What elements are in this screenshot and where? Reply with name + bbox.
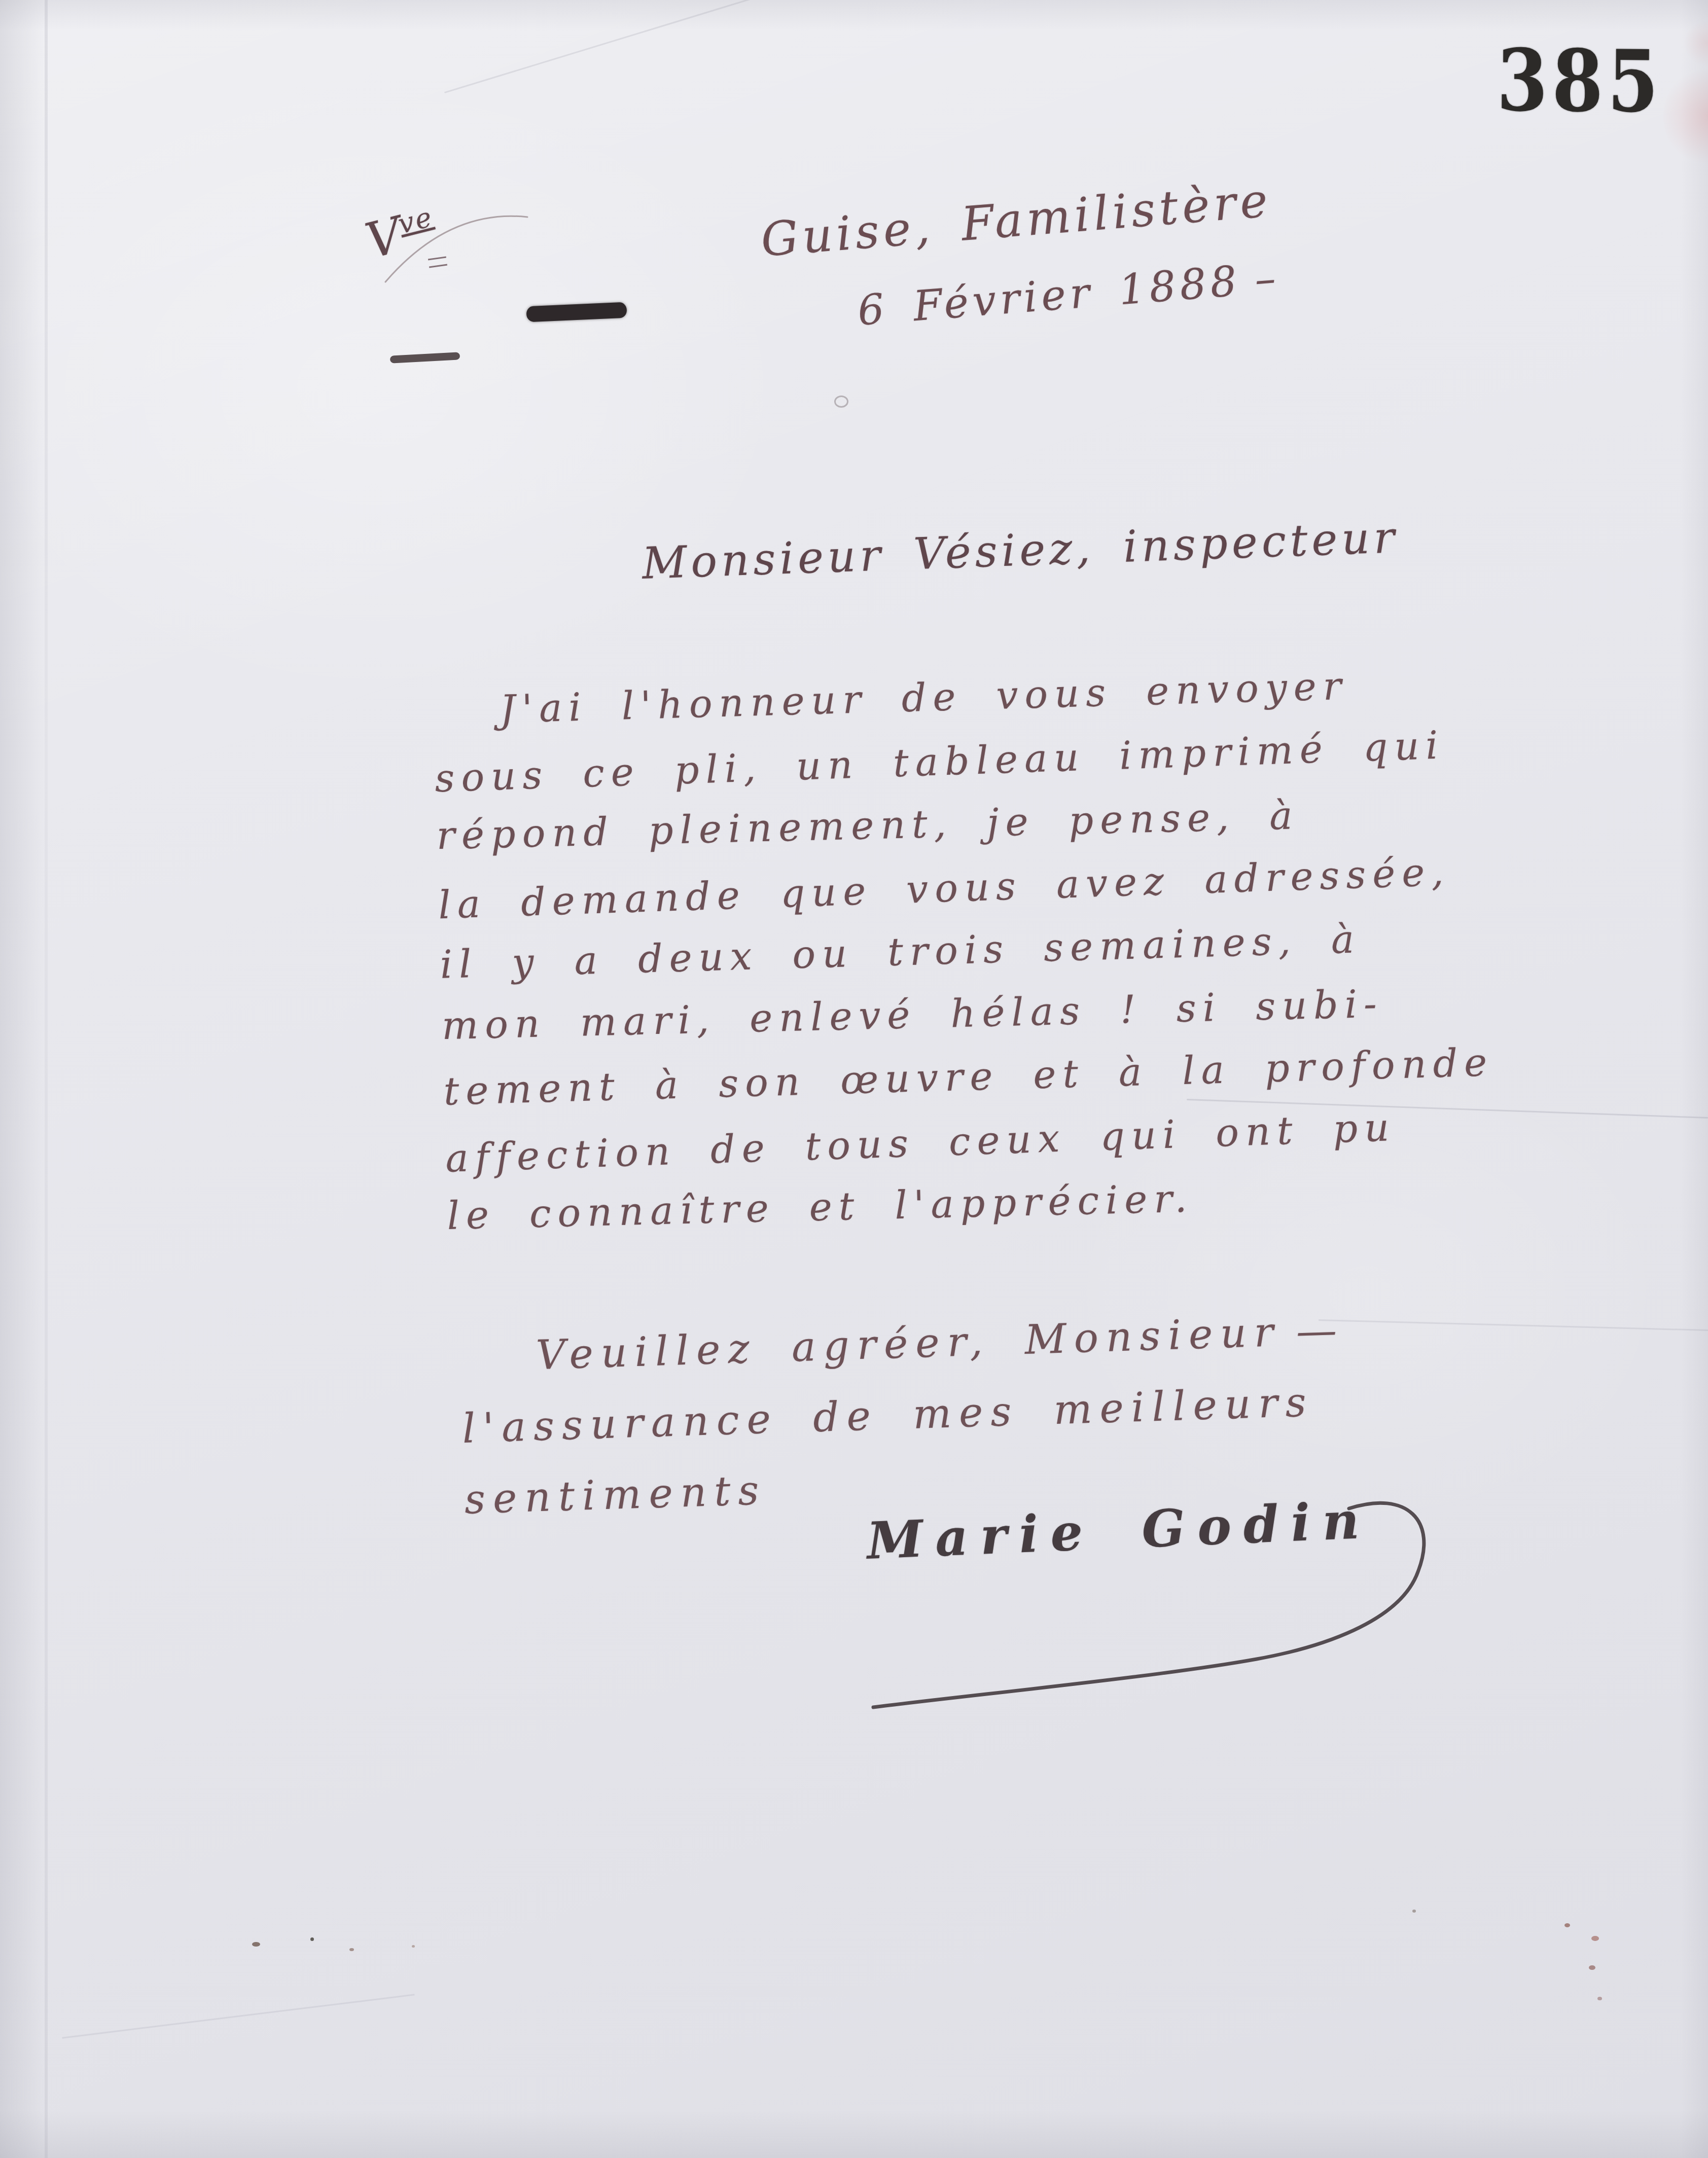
heading-date-line: 6 Février 1888– xyxy=(856,254,1282,335)
paper-crease-bottom-left xyxy=(62,1994,414,2038)
paper-crease-top-diagonal xyxy=(444,0,813,93)
ink-speck xyxy=(1589,1965,1595,1970)
heading-date-dash: – xyxy=(1253,254,1282,304)
ink-speck xyxy=(1564,1923,1570,1927)
heading-date-text: 6 Février 1888 xyxy=(856,257,1243,335)
paper-crease-right-lower xyxy=(1319,1319,1708,1331)
light-ink-dash xyxy=(390,352,460,363)
ink-speck xyxy=(1412,1910,1416,1913)
pink-stain-top-right-small xyxy=(1684,20,1708,66)
vve-underline-mark xyxy=(428,257,447,268)
letter-page: 385 Vve Guise, Familistère 6 Février 188… xyxy=(0,0,1708,2158)
ink-smudge-ring xyxy=(834,395,848,408)
heavy-ink-dash xyxy=(526,302,627,322)
salutation-line: Monsieur Vésiez, inspecteur xyxy=(642,512,1400,589)
page-number-stamp: 385 xyxy=(1497,38,1663,124)
ink-speck xyxy=(1597,1997,1602,2000)
ink-speck xyxy=(412,1945,415,1948)
heading-place-line: Guise, Familistère xyxy=(759,173,1274,267)
ink-speck xyxy=(252,1942,260,1947)
ink-speck xyxy=(310,1937,314,1941)
ink-speck xyxy=(1591,1936,1599,1941)
pink-stain-top-right xyxy=(1663,66,1708,167)
widow-abbreviation-superscript: ve xyxy=(395,201,437,240)
paper-crease-vertical-left xyxy=(45,0,48,2158)
body-paragraph: J'ai l'honneur de vous envoyer sous ce p… xyxy=(432,650,1513,1249)
closing-line-dash: — xyxy=(1295,1307,1337,1355)
ink-speck xyxy=(349,1948,354,1951)
closing-line-text: Veuillez agréer, Monsieur xyxy=(536,1308,1282,1379)
